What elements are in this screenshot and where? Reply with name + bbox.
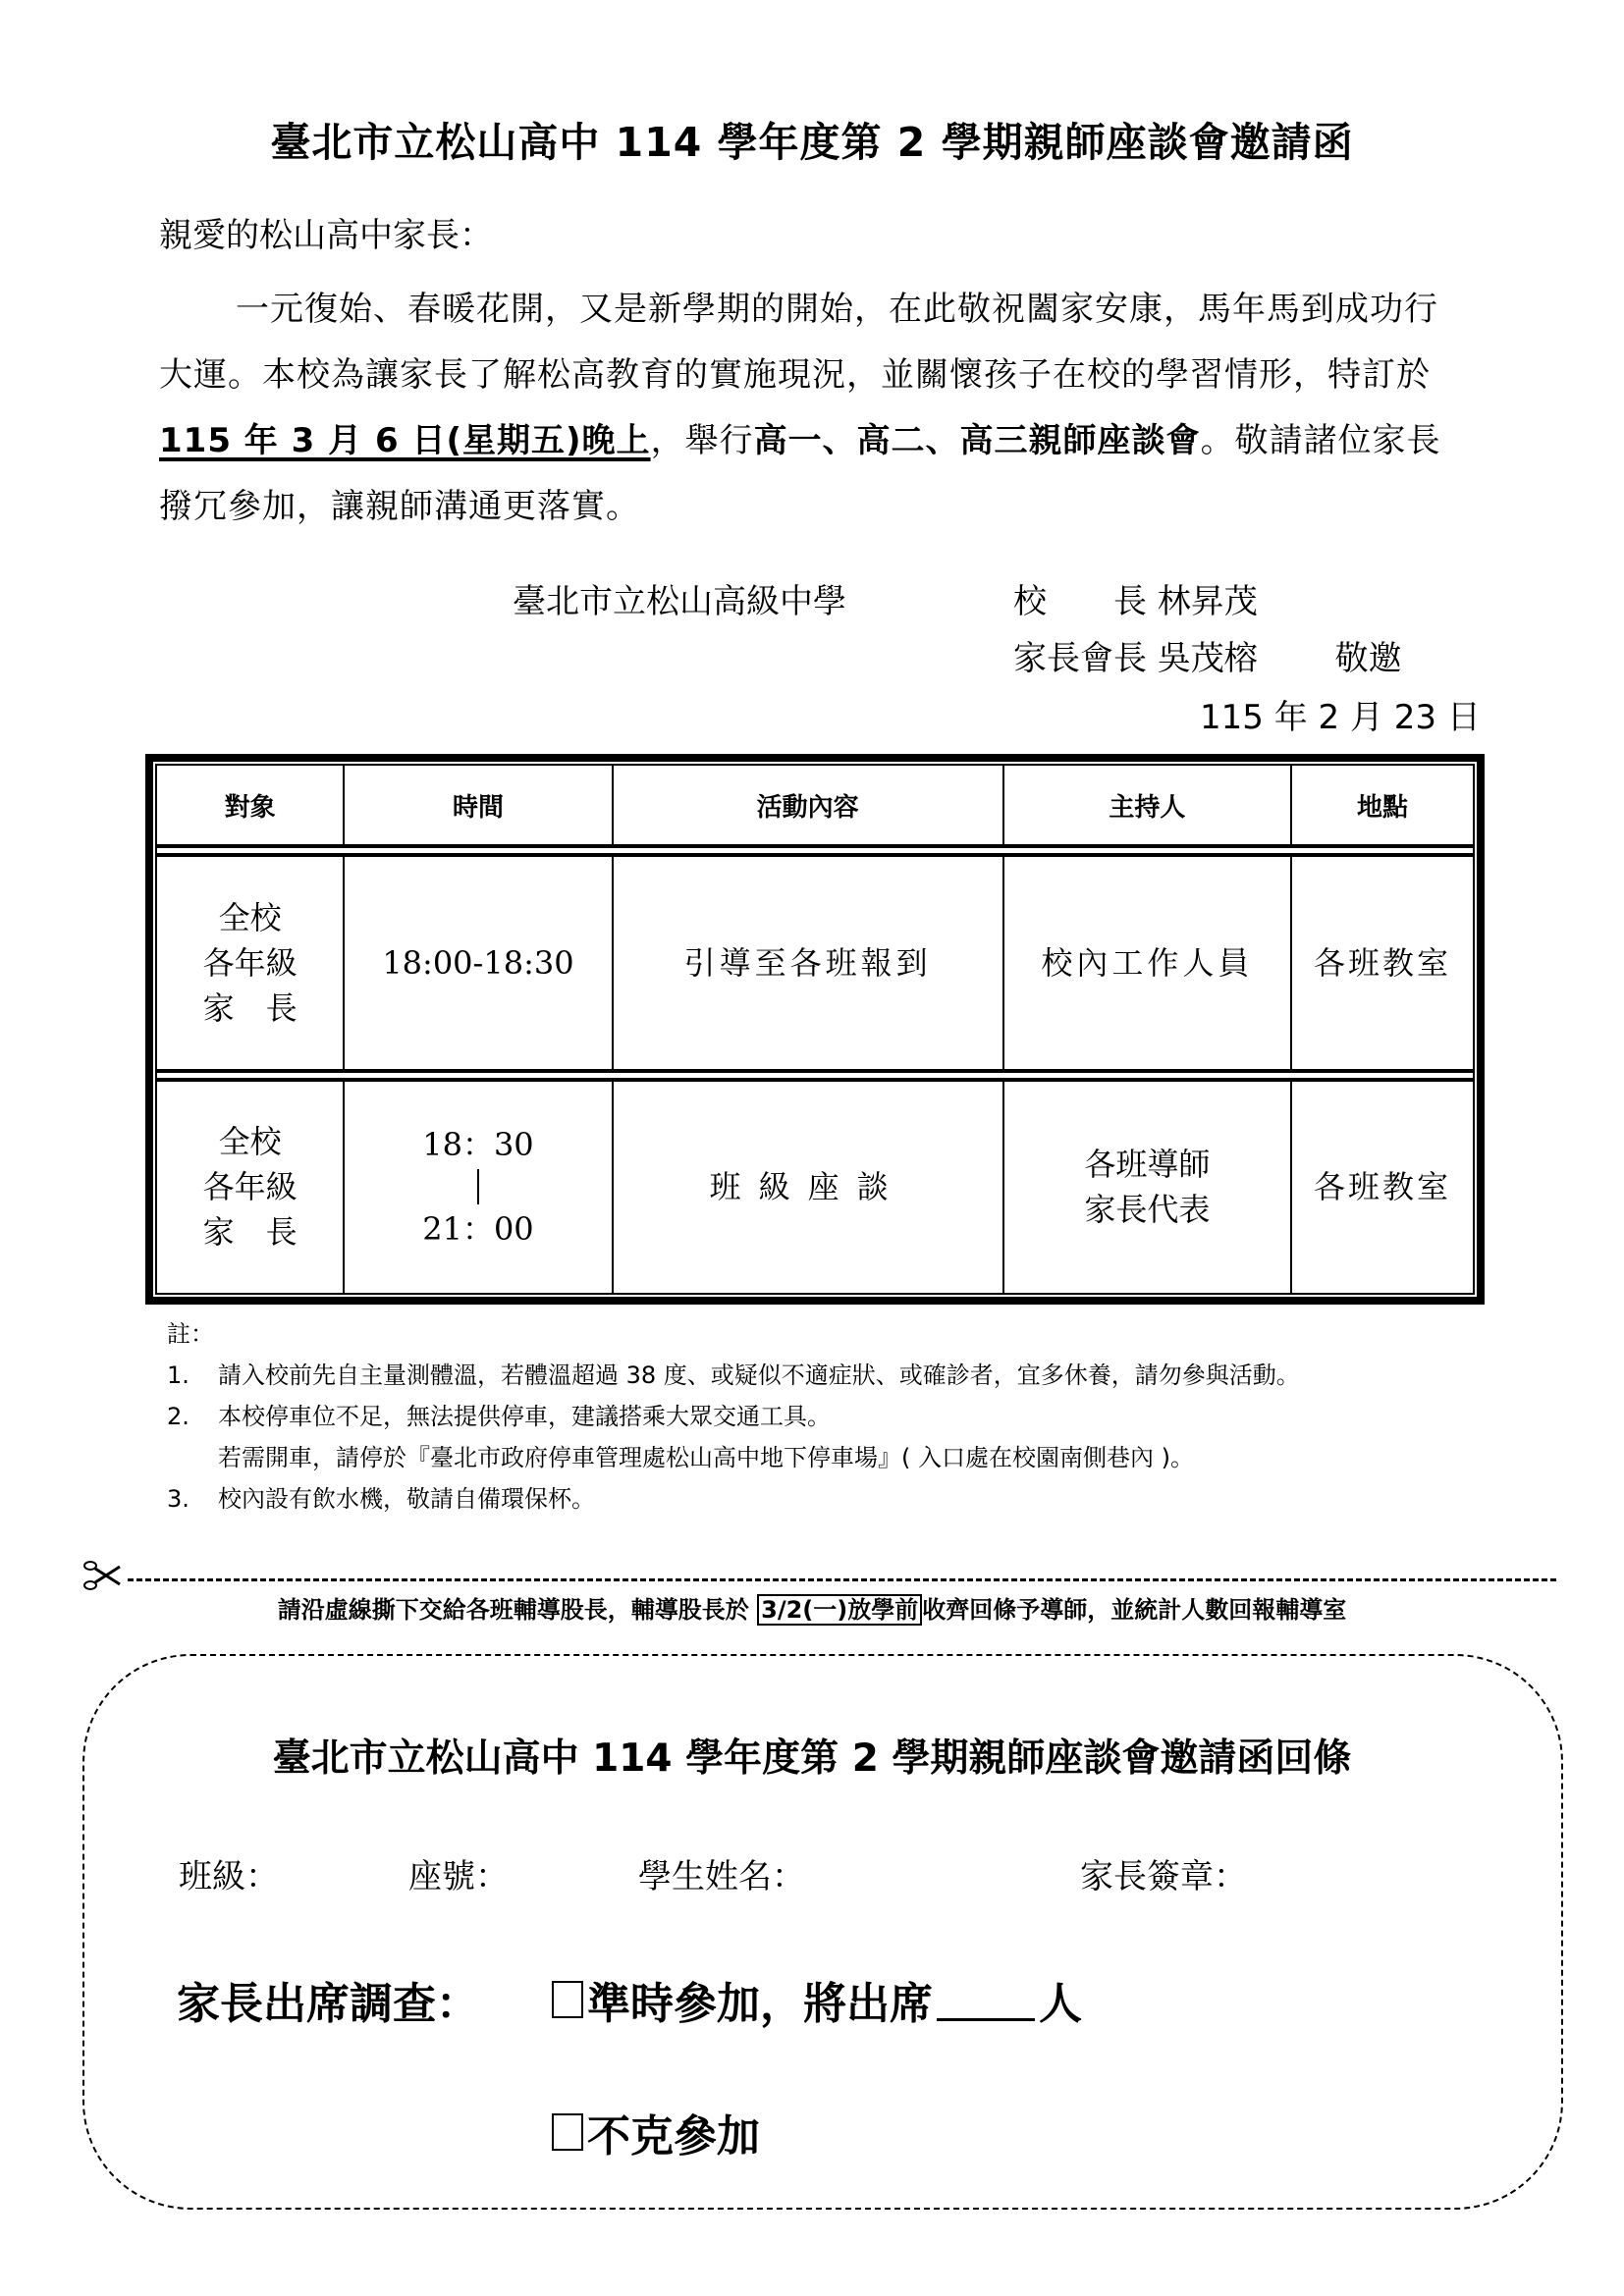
attendee-count-blank[interactable] bbox=[937, 1979, 1035, 2021]
note-item: 1. 請入校前先自主量測體溫，若體溫超過 38 度、或疑似不適症狀、或確診者，宜… bbox=[167, 1355, 1300, 1396]
header-activity: 活動內容 bbox=[613, 766, 1003, 851]
cell-location: 各班教室 bbox=[1291, 851, 1473, 1076]
header-host: 主持人 bbox=[1003, 766, 1291, 851]
paragraph-text-2: ，舉行 bbox=[651, 421, 754, 460]
parent-signature-field[interactable]: 家長簽章： bbox=[1080, 1849, 1247, 1897]
cell-audience: 全校 各年級 家 長 bbox=[157, 1075, 344, 1293]
signature-pta-chair: 家長會長 吳茂榕 敬邀 bbox=[1013, 631, 1402, 679]
table-row: 全校 各年級 家 長 18：30 21：00 班級座談 各班導師 家長代表 各班… bbox=[157, 1075, 1473, 1293]
cell-activity: 引導至各班報到 bbox=[613, 851, 1003, 1076]
cell-time: 18:00-18:30 bbox=[344, 851, 612, 1076]
table-header-row: 對象 時間 活動內容 主持人 地點 bbox=[157, 766, 1473, 851]
note-item: 3. 校內設有飲水機，敬請自備環保杯。 bbox=[167, 1478, 1300, 1520]
decline-option[interactable]: 不克參加 bbox=[552, 2101, 760, 2163]
deadline-box: 3/2(一)放學前 bbox=[757, 1594, 922, 1626]
cut-instruction: 請沿虛線撕下交給各班輔導股長，輔導股長於 3/2(一)放學前收齊回條予導師，並統… bbox=[0, 1590, 1624, 1625]
header-location: 地點 bbox=[1291, 766, 1473, 851]
cell-activity: 班級座談 bbox=[613, 1075, 1003, 1293]
attendance-survey-label: 家長出席調查： bbox=[177, 1968, 479, 2031]
notes-label: 註： bbox=[167, 1313, 1300, 1355]
attend-option[interactable]: 準時參加，將出席 人 bbox=[552, 1968, 1082, 2031]
cut-dashed-line bbox=[128, 1578, 1556, 1581]
letter-title: 臺北市立松山高中 114 學年度第 2 學期親師座談會邀請函 bbox=[0, 110, 1624, 168]
greeting: 親愛的松山高中家長： bbox=[159, 208, 493, 256]
event-date: 115 年 3 月 6 日(星期五)晚上 bbox=[159, 421, 651, 460]
event-name: 高一、高二、高三親師座談會 bbox=[754, 421, 1201, 460]
note-continuation: 若需開車，請停於『臺北市政府停車管理處松山高中地下停車場』( 入口處在校園南側巷… bbox=[167, 1437, 1300, 1478]
header-audience: 對象 bbox=[157, 766, 344, 851]
table-row: 全校 各年級 家 長 18:00-18:30 引導至各班報到 校內工作人員 各班… bbox=[157, 851, 1473, 1076]
notes-section: 註： 1. 請入校前先自主量測體溫，若體溫超過 38 度、或疑似不適症狀、或確診… bbox=[167, 1313, 1300, 1520]
note-item: 2. 本校停車位不足，無法提供停車，建議搭乘大眾交通工具。 bbox=[167, 1396, 1300, 1437]
header-time: 時間 bbox=[344, 766, 612, 851]
schedule-table: 對象 時間 活動內容 主持人 地點 全校 各年級 家 長 18:00-18:30… bbox=[145, 754, 1485, 1305]
time-range-divider bbox=[477, 1169, 479, 1204]
paragraph-text-1: 一元復始、春暖花開，又是新學期的開始，在此敬祝闔家安康，馬年馬到成功行大運。本校… bbox=[159, 290, 1438, 395]
student-name-field[interactable]: 學生姓名： bbox=[638, 1849, 805, 1897]
decline-checkbox[interactable] bbox=[552, 2113, 583, 2151]
cell-location: 各班教室 bbox=[1291, 1075, 1473, 1293]
reply-slip-title: 臺北市立松山高中 114 學年度第 2 學期親師座談會邀請函回條 bbox=[0, 1728, 1624, 1783]
signature-school: 臺北市立松山高級中學 bbox=[513, 574, 846, 622]
cell-host: 校內工作人員 bbox=[1003, 851, 1291, 1076]
class-field[interactable]: 班級： bbox=[179, 1849, 279, 1897]
invitation-paragraph: 一元復始、春暖花開，又是新學期的開始，在此敬祝闔家安康，馬年馬到成功行大運。本校… bbox=[159, 277, 1455, 540]
cell-audience: 全校 各年級 家 長 bbox=[157, 851, 344, 1076]
attend-checkbox[interactable] bbox=[552, 1981, 583, 2018]
signature-principal: 校 長 林昇茂 bbox=[1013, 574, 1258, 622]
cell-time: 18：30 21：00 bbox=[344, 1075, 612, 1293]
seat-number-field[interactable]: 座號： bbox=[408, 1849, 509, 1897]
letter-date: 115 年 2 月 23 日 bbox=[1200, 690, 1481, 738]
cell-host: 各班導師 家長代表 bbox=[1003, 1075, 1291, 1293]
